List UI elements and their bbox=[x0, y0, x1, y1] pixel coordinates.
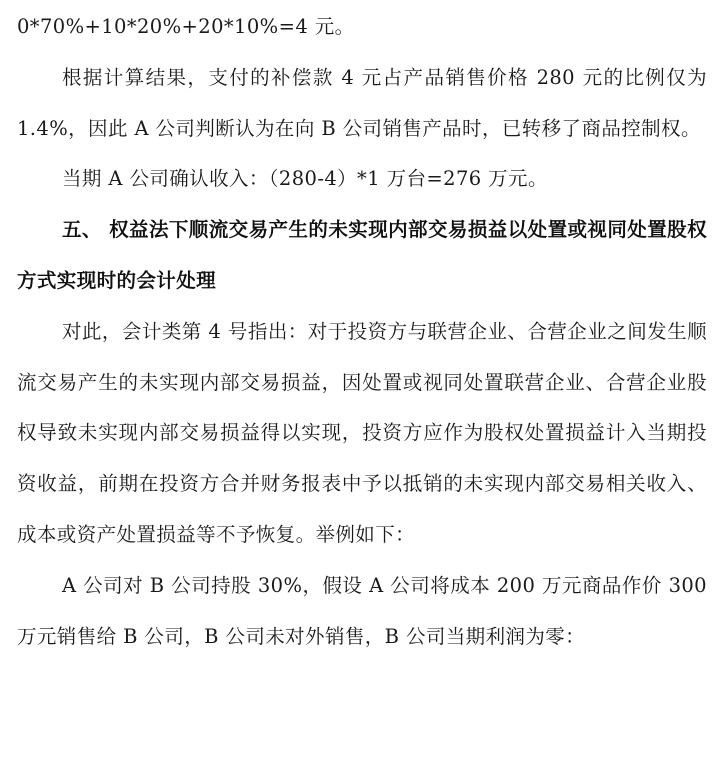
paragraph-accounting-guidance: 对此，会计类第 4 号指出：对于投资方与联营企业、合营企业之间发生顺流交易产生的… bbox=[17, 307, 707, 561]
paragraph-compensation-ratio: 根据计算结果，支付的补偿款 4 元占产品销售价格 280 元的比例仅为 1.4%… bbox=[17, 53, 707, 155]
section-heading-five: 五、 权益法下顺流交易产生的未实现内部交易损益以处置或视同处置股权方式实现时的会… bbox=[17, 205, 707, 307]
paragraph-calculation-result: 0*70%+10*20%+20*10%=4 元。 bbox=[17, 2, 707, 53]
paragraph-revenue-recognition: 当期 A 公司确认收入：（280-4）*1 万台=276 万元。 bbox=[17, 154, 707, 205]
paragraph-example: A 公司对 B 公司持股 30%，假设 A 公司将成本 200 万元商品作价 3… bbox=[17, 561, 707, 663]
document-page: 0*70%+10*20%+20*10%=4 元。 根据计算结果，支付的补偿款 4… bbox=[17, 2, 707, 662]
